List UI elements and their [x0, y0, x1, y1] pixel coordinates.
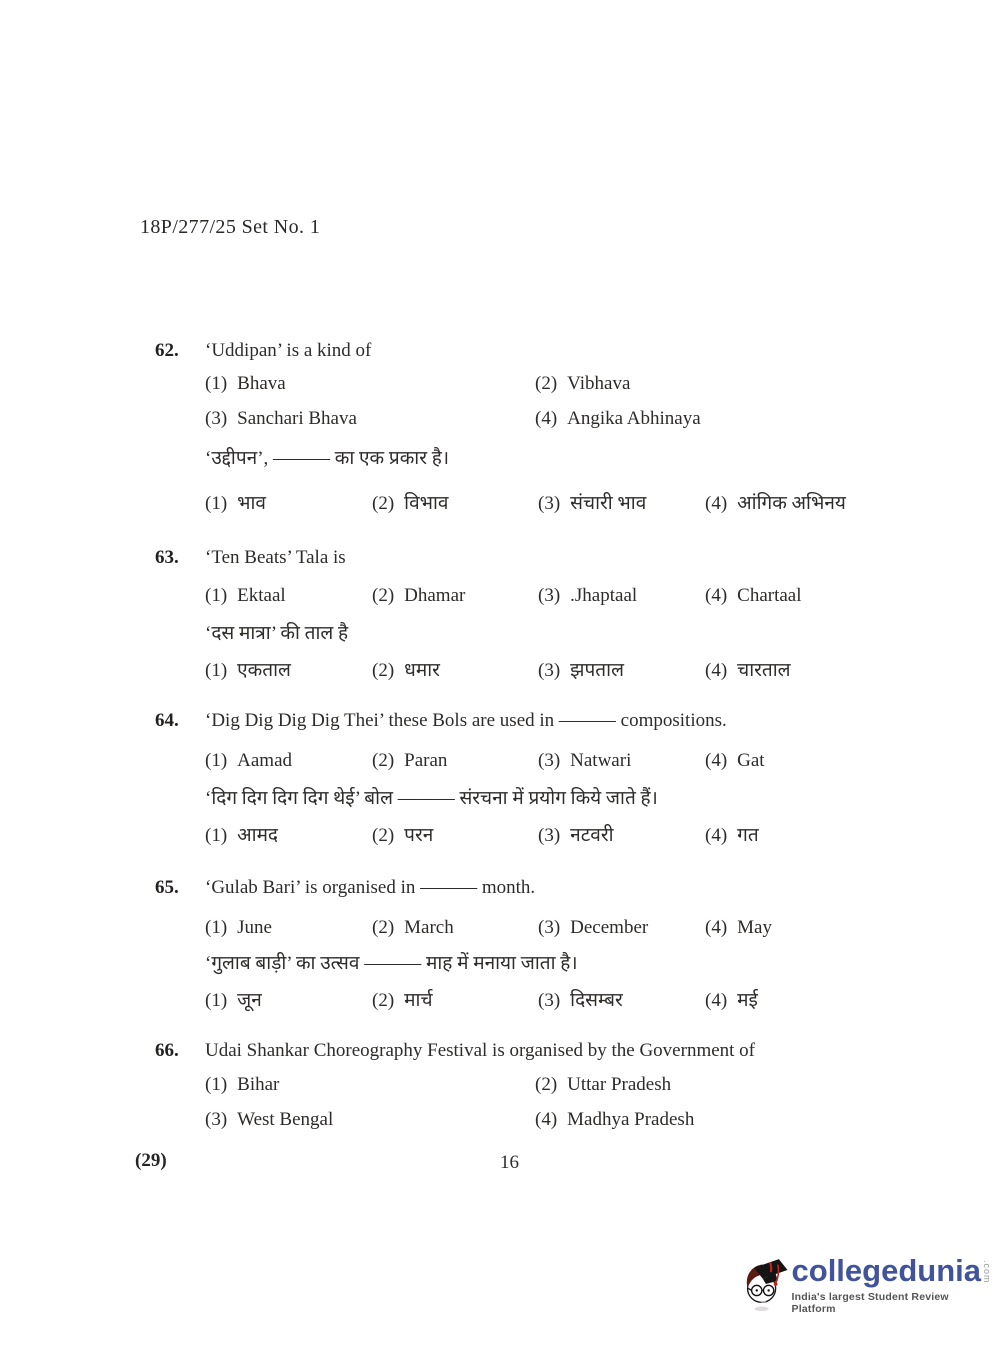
option: (1)Bhava: [205, 371, 535, 406]
option: (1)एकताल: [205, 658, 372, 684]
option: (2)Uttar Pradesh: [535, 1072, 875, 1107]
option: (2)Paran: [372, 748, 538, 774]
question-text-en: ‘Ten Beats’ Tala is: [205, 545, 346, 571]
question-66-options-en: (1)Bihar (2)Uttar Pradesh (3)West Bengal…: [205, 1072, 875, 1142]
option-label: धमार: [404, 660, 440, 681]
option-label: March: [404, 917, 454, 938]
option: (2)Dhamar: [372, 583, 538, 609]
option-number: (1): [205, 1072, 227, 1098]
option-label: संचारी भाव: [570, 493, 646, 514]
option-number: (1): [205, 915, 227, 941]
option: (1)Bihar: [205, 1072, 535, 1107]
option: (2)March: [372, 915, 538, 941]
option-number: (1): [205, 583, 227, 609]
option-label: मार्च: [404, 990, 432, 1011]
option-number: (3): [538, 915, 560, 941]
option-label: June: [237, 917, 272, 938]
logo-brand-text: collegedunia: [792, 1254, 981, 1288]
option-number: (4): [705, 748, 727, 774]
option-label: Paran: [404, 750, 447, 771]
option: (2)मार्च: [372, 988, 538, 1014]
option: (3)Natwari: [538, 748, 705, 774]
option-label: गत: [737, 825, 759, 846]
option: (3)December: [538, 915, 705, 941]
option-number: (1): [205, 988, 227, 1014]
collegedunia-mascot-icon: [740, 1240, 788, 1328]
option: (3).Jhaptaal: [538, 583, 705, 609]
option-number: (3): [538, 748, 560, 774]
exam-paper-page: 18P/277/25 Set No. 1 62. ‘Uddipan’ is a …: [0, 0, 1001, 1356]
option-label: Angika Abhinaya: [567, 408, 701, 429]
option: (4)Gat: [705, 748, 875, 774]
paper-code-header: 18P/277/25 Set No. 1: [140, 216, 320, 239]
option-label: जून: [237, 990, 262, 1011]
option-number: (2): [372, 988, 394, 1014]
option: (2)परन: [372, 823, 538, 849]
question-number: 63.: [155, 545, 205, 571]
option-label: .Jhaptaal: [570, 585, 637, 606]
option-label: दिसम्बर: [570, 990, 623, 1011]
option-label: चारताल: [737, 660, 790, 681]
question-text-en: ‘Gulab Bari’ is organised in ——— month.: [205, 875, 535, 901]
option-label: West Bengal: [237, 1109, 333, 1130]
question-62-options-en: (1)Bhava (2)Vibhava (3)Sanchari Bhava (4…: [205, 371, 875, 441]
option: (4)Madhya Pradesh: [535, 1107, 875, 1142]
option-label: आंगिक अभिनय: [737, 493, 846, 514]
option: (3)संचारी भाव: [538, 491, 705, 517]
question-63-options-hi: (1)एकताल (2)धमार (3)झपताल (4)चारताल: [205, 658, 875, 684]
option: (4)आंगिक अभिनय: [705, 491, 875, 517]
option-number: (3): [538, 988, 560, 1014]
logo-text-block: collegedunia .com India's largest Studen…: [792, 1254, 992, 1315]
option-number: (3): [205, 406, 227, 432]
question-64-options-hi: (1)आमद (2)परन (3)नटवरी (4)गत: [205, 823, 875, 849]
option-label: नटवरी: [570, 825, 613, 846]
option-label: Uttar Pradesh: [567, 1074, 671, 1095]
question-62-options-hi: (1)भाव (2)विभाव (3)संचारी भाव (4)आंगिक अ…: [205, 491, 875, 517]
option-number: (3): [205, 1107, 227, 1133]
option-label: भाव: [237, 493, 266, 514]
option-number: (2): [372, 491, 394, 517]
option-number: (3): [538, 658, 560, 684]
option-number: (2): [372, 823, 394, 849]
option-number: (4): [535, 406, 557, 432]
option: (3)नटवरी: [538, 823, 705, 849]
option-number: (1): [205, 823, 227, 849]
booklet-series-number: (29): [135, 1150, 167, 1172]
question-65-options-en: (1)June (2)March (3)December (4)May: [205, 915, 875, 941]
option: (2)धमार: [372, 658, 538, 684]
option: (3)Sanchari Bhava: [205, 406, 535, 441]
option-number: (1): [205, 491, 227, 517]
option: (4)Angika Abhinaya: [535, 406, 875, 441]
option: (1)Ektaal: [205, 583, 372, 609]
question-64-options-en: (1)Aamad (2)Paran (3)Natwari (4)Gat: [205, 748, 875, 774]
question-text-hi: ‘गुलाब बाड़ी’ का उत्सव ——— माह में मनाया…: [205, 951, 578, 977]
option-number: (4): [705, 823, 727, 849]
question-text-hi: ‘दिग दिग दिग दिग थेई’ बोल ——— संरचना में…: [205, 786, 658, 812]
question-number: 64.: [155, 708, 205, 734]
option-number: (2): [372, 658, 394, 684]
question-number: 66.: [155, 1038, 205, 1064]
logo-tagline: India's largest Student Review Platform: [792, 1291, 992, 1315]
question-62-line: 62. ‘Uddipan’ is a kind of: [155, 338, 371, 364]
logo-tld-text: .com: [982, 1260, 992, 1284]
option-number: (2): [535, 1072, 557, 1098]
question-63-options-en: (1)Ektaal (2)Dhamar (3).Jhaptaal (4)Char…: [205, 583, 875, 609]
option-label: मई: [737, 990, 758, 1011]
option-label: Dhamar: [404, 585, 465, 606]
option-number: (4): [705, 658, 727, 684]
question-63-line: 63. ‘Ten Beats’ Tala is: [155, 545, 346, 571]
option-number: (1): [205, 658, 227, 684]
logo-brand-row: collegedunia .com: [792, 1254, 992, 1288]
question-text-hi: ‘दस मात्रा’ की ताल है: [205, 621, 348, 647]
option-label: Bhava: [237, 373, 286, 394]
option-label: आमद: [237, 825, 278, 846]
question-66-line: 66. Udai Shankar Choreography Festival i…: [155, 1038, 755, 1064]
option-label: Chartaal: [737, 585, 801, 606]
option: (1)जून: [205, 988, 372, 1014]
option-label: विभाव: [404, 493, 448, 514]
page-number: 16: [500, 1152, 519, 1174]
option-label: May: [737, 917, 772, 938]
option-label: Bihar: [237, 1074, 279, 1095]
option-number: (1): [205, 371, 227, 397]
question-text-en: ‘Dig Dig Dig Dig Thei’ these Bols are us…: [205, 708, 727, 734]
option-label: झपताल: [570, 660, 624, 681]
question-number: 65.: [155, 875, 205, 901]
option: (1)आमद: [205, 823, 372, 849]
option-label: Vibhava: [567, 373, 630, 394]
option-number: (4): [535, 1107, 557, 1133]
option-number: (4): [705, 988, 727, 1014]
option: (4)Chartaal: [705, 583, 875, 609]
option-label: परन: [404, 825, 433, 846]
option-number: (2): [372, 748, 394, 774]
option-number: (2): [372, 583, 394, 609]
collegedunia-logo: collegedunia .com India's largest Studen…: [740, 1240, 992, 1328]
option: (3)West Bengal: [205, 1107, 535, 1142]
option-number: (2): [535, 371, 557, 397]
option: (1)भाव: [205, 491, 372, 517]
option: (3)दिसम्बर: [538, 988, 705, 1014]
option-label: Aamad: [237, 750, 292, 771]
option-number: (3): [538, 583, 560, 609]
option-number: (4): [705, 491, 727, 517]
option: (3)झपताल: [538, 658, 705, 684]
question-65-line: 65. ‘Gulab Bari’ is organised in ——— mon…: [155, 875, 535, 901]
option-number: (3): [538, 491, 560, 517]
question-65-options-hi: (1)जून (2)मार्च (3)दिसम्बर (4)मई: [205, 988, 875, 1014]
option-number: (4): [705, 915, 727, 941]
option: (2)विभाव: [372, 491, 538, 517]
question-text-hi: ‘उद्दीपन’, ——— का एक प्रकार है।: [205, 446, 449, 472]
option-number: (4): [705, 583, 727, 609]
option-number: (3): [538, 823, 560, 849]
question-64-line: 64. ‘Dig Dig Dig Dig Thei’ these Bols ar…: [155, 708, 727, 734]
option-label: December: [570, 917, 648, 938]
option: (1)Aamad: [205, 748, 372, 774]
option-label: एकताल: [237, 660, 291, 681]
option-label: Sanchari Bhava: [237, 408, 357, 429]
option-label: Ektaal: [237, 585, 286, 606]
option: (2)Vibhava: [535, 371, 875, 406]
option: (4)मई: [705, 988, 875, 1014]
option: (4)चारताल: [705, 658, 875, 684]
question-number: 62.: [155, 338, 205, 364]
option-label: Natwari: [570, 750, 631, 771]
option-label: Gat: [737, 750, 764, 771]
option: (4)गत: [705, 823, 875, 849]
option: (1)June: [205, 915, 372, 941]
question-text-en: ‘Uddipan’ is a kind of: [205, 338, 371, 364]
option-number: (1): [205, 748, 227, 774]
option-number: (2): [372, 915, 394, 941]
option: (4)May: [705, 915, 875, 941]
option-label: Madhya Pradesh: [567, 1109, 694, 1130]
question-text-en: Udai Shankar Choreography Festival is or…: [205, 1038, 755, 1064]
